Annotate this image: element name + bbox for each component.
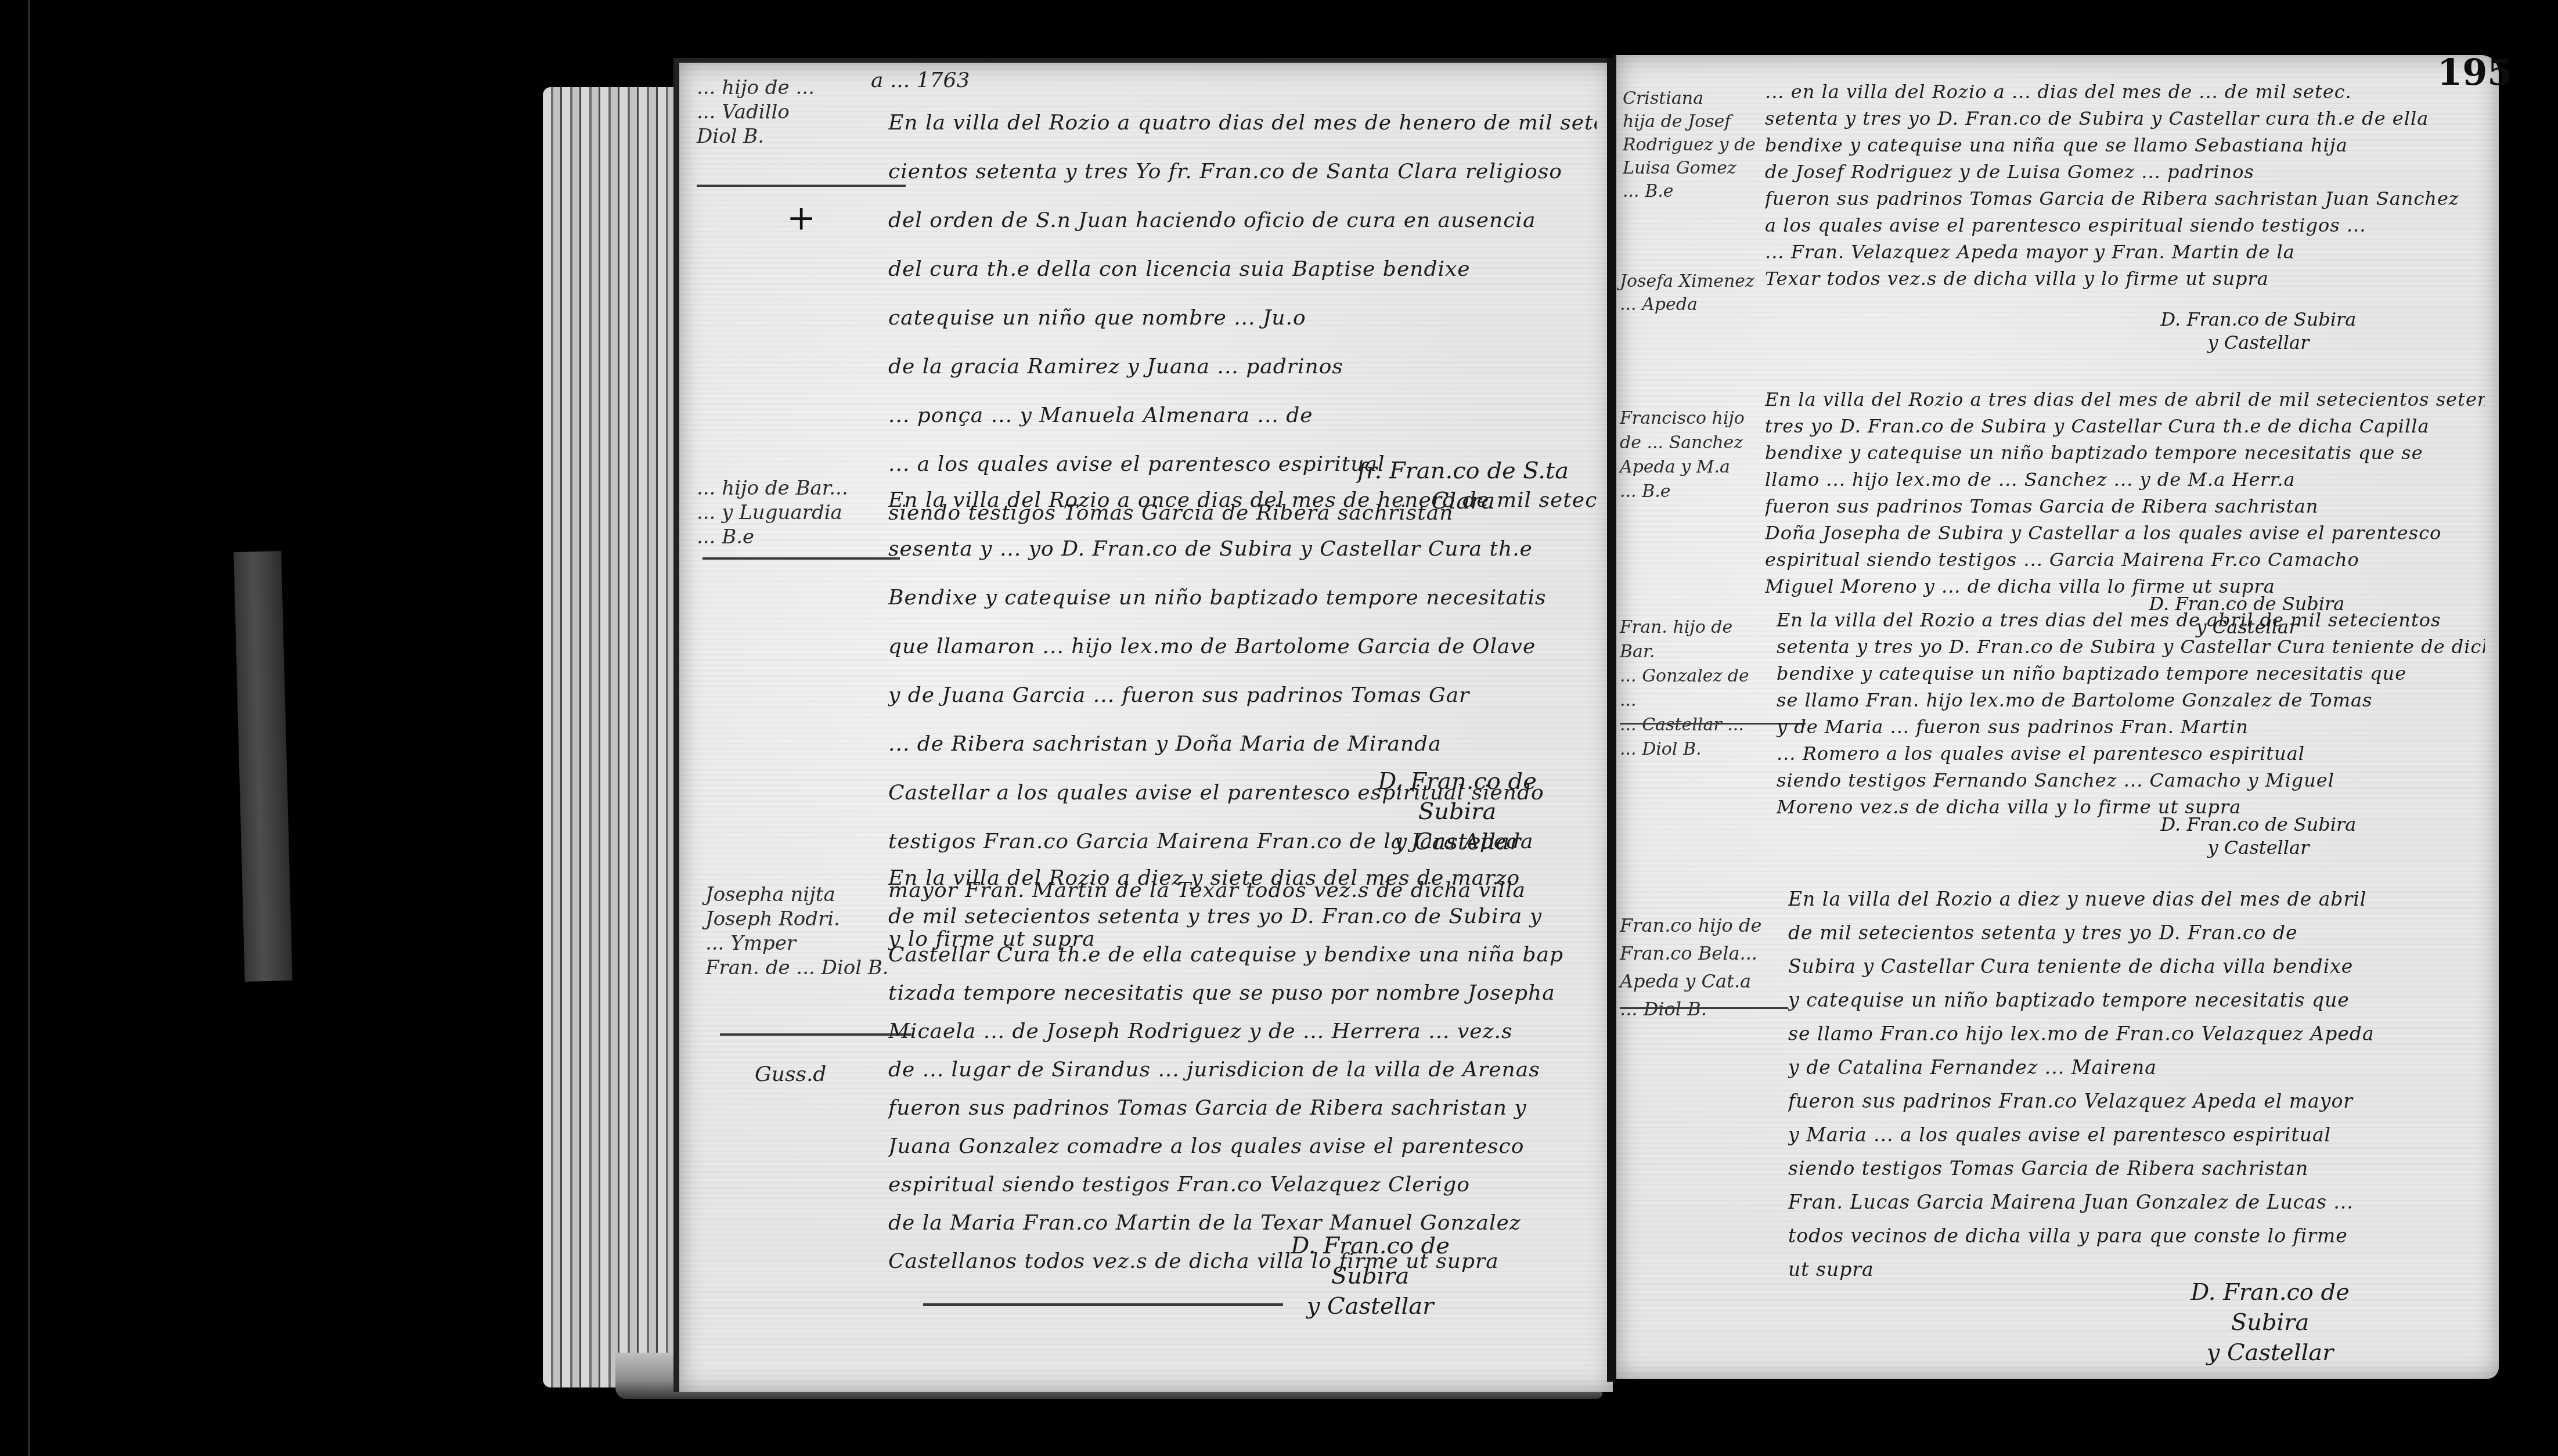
entry-line: del orden de S.n Juan haciendo oficio de… <box>888 196 1597 245</box>
baptism-entry-3: En la villa del Rozio a diez y siete dia… <box>888 859 1597 1281</box>
entry-line: En la villa del Rozio a tres dias del me… <box>1777 607 2485 633</box>
entry-line: y de Maria ... fueron sus padrinos Fran.… <box>1777 713 2485 740</box>
entry-line: Castellar Cura th.e de ella catequise y … <box>888 936 1597 974</box>
margin-note-line: Josepha nijta <box>705 882 903 907</box>
margin-note-line: ... hijo de ... <box>697 75 894 100</box>
margin-note-line: Cristiana <box>1623 87 1774 110</box>
signature-line: y Castellar <box>1248 1291 1492 1321</box>
entry-line: y Maria ... a los quales avise el parent… <box>1788 1118 2491 1152</box>
baptism-entry-r2: En la villa del Rozio a tres dias del me… <box>1765 386 2485 600</box>
entry-line: Miguel Moreno y ... de dicha villa lo fi… <box>1765 573 2485 600</box>
entry-line: setenta y tres yo D. Fran.co de Subira y… <box>1765 105 2485 132</box>
entry-line: Texar todos vez.s de dicha villa y lo fi… <box>1765 265 2485 292</box>
entry-line: En la villa del Rozio a quatro dias del … <box>888 99 1597 147</box>
entry-line: bendixe y catequise un niño baptizado te… <box>1777 660 2485 687</box>
entry-line: que llamaron ... hijo lex.mo de Bartolom… <box>888 622 1597 671</box>
entry-line: todos vecinos de dicha villa y para que … <box>1788 1219 2491 1253</box>
side-note: Guss.d <box>755 1062 826 1086</box>
margin-note-r4: Fran.co hijo de Fran.co Bela... Apeda y … <box>1620 911 1782 1023</box>
margin-note-r2: Francisco hijo de ... Sanchez Apeda y M.… <box>1620 406 1771 504</box>
entry-line: tizada tempore necesitatis que se puso p… <box>888 974 1597 1012</box>
signature-entry-3: D. Fran.co de Subira y Castellar <box>1248 1231 1492 1321</box>
margin-note-line: ... B.e <box>1620 480 1771 504</box>
entry-line: y de Juana Garcia ... fueron sus padrino… <box>888 671 1597 720</box>
signature-entry-2: D. Fran.co de Subira y Castellar <box>1335 766 1579 857</box>
entry-line: fueron sus padrinos Tomas Garcia de Ribe… <box>1765 493 2485 520</box>
margin-divider <box>720 1033 911 1036</box>
entry-line: de mil setecientos setenta y tres yo D. … <box>1788 916 2491 950</box>
entry-line: Fran. Lucas Garcia Mairena Juan Gonzalez… <box>1788 1185 2491 1219</box>
entry-line: fueron sus padrinos Tomas Garcia de Ribe… <box>1765 185 2485 212</box>
signature-line: y Castellar <box>2160 331 2357 354</box>
margin-divider <box>697 185 906 187</box>
book-page-stack-edge <box>543 87 694 1387</box>
margin-note-line: Francisco hijo <box>1620 406 1771 431</box>
entry-line: espiritual siendo testigos ... Garcia Ma… <box>1765 546 2485 573</box>
margin-note-r3: Fran. hijo de Bar. ... Gonzalez de ... .… <box>1620 615 1771 762</box>
margin-note-line: Fran.co Bela... <box>1620 939 1782 967</box>
entry-line: ut supra <box>1788 1253 2491 1286</box>
entry-line: ... de Ribera sachristan y Doña Maria de… <box>888 720 1597 769</box>
margin-note-entry-3: Josepha nijta Joseph Rodri. ... Ymper Fr… <box>705 882 903 980</box>
entry-line: fueron sus padrinos Tomas Garcia de Ribe… <box>888 1089 1597 1127</box>
margin-note-line: ... B.e <box>1623 180 1774 203</box>
closing-rule <box>923 1303 1283 1306</box>
signature-line: D. Fran.co de Subira <box>1248 1231 1492 1291</box>
entry-line: cientos setenta y tres Yo fr. Fran.co de… <box>888 147 1597 196</box>
baptism-entry-r3: En la villa del Rozio a tres dias del me… <box>1777 607 2485 820</box>
entry-line: ... en la villa del Rozio a ... dias del… <box>1765 78 2485 105</box>
entry-line: ... ponça ... y Manuela Almenara ... de <box>888 391 1597 440</box>
entry-line: sesenta y ... yo D. Fran.co de Subira y … <box>888 525 1597 574</box>
entry-line: se llamo Fran.co hijo lex.mo de Fran.co … <box>1788 1017 2491 1051</box>
entry-line: de mil setecientos setenta y tres yo D. … <box>888 898 1597 936</box>
entry-line: Juana Gonzalez comadre a los quales avis… <box>888 1127 1597 1166</box>
margin-note-line: Josefa Ximenez <box>1620 270 1771 293</box>
margin-note-entry-1: ... hijo de ... ... Vadillo Diol B. <box>697 75 894 149</box>
margin-note-line: ... hijo de Bar... <box>697 476 894 500</box>
margin-note-line: ... Diol B. <box>1620 995 1782 1023</box>
signature-line: y Castellar <box>2160 836 2357 859</box>
entry-line: En la villa del Rozio a once dias del me… <box>888 476 1597 525</box>
entry-line: fueron sus padrinos Fran.co Velazquez Ap… <box>1788 1084 2491 1118</box>
scan-edge-line <box>28 0 30 1456</box>
entry-line: bendixe y catequise una niña que se llam… <box>1765 132 2485 158</box>
margin-note-line: Diol B. <box>697 124 894 149</box>
margin-note-line: de ... Sanchez <box>1620 431 1771 455</box>
margin-note-line: ... Castellar ... <box>1620 713 1771 737</box>
signature-line: D. Fran.co de Subira <box>2160 1277 2380 1338</box>
entry-line: y de Catalina Fernandez ... Mairena <box>1788 1051 2491 1084</box>
margin-note-line: Rodriguez y de <box>1623 134 1774 157</box>
entry-line: bendixe y catequise un niño baptizado te… <box>1765 439 2485 466</box>
signature-entry-r3: D. Fran.co de Subira y Castellar <box>2160 813 2357 859</box>
entry-line: de ... lugar de Sirandus ... jurisdicion… <box>888 1051 1597 1089</box>
entry-line: a los quales avise el parentesco espirit… <box>1765 212 2485 239</box>
margin-note-line: Fran. hijo de Bar. <box>1620 615 1771 664</box>
margin-note-line: Apeda y M.a <box>1620 455 1771 480</box>
signature-line: y Castellar <box>2160 1338 2380 1368</box>
entry-line: Bendixe y catequise un niño baptizado te… <box>888 574 1597 622</box>
signature-entry-r4: D. Fran.co de Subira y Castellar <box>2160 1277 2380 1368</box>
entry-line: y catequise un niño baptizado tempore ne… <box>1788 983 2491 1017</box>
signature-line: D. Fran.co de Subira <box>2160 813 2357 836</box>
margin-divider <box>702 557 900 560</box>
entry-line: En la villa del Rozio a tres dias del me… <box>1765 386 2485 413</box>
cross-mark-icon: + <box>787 197 816 238</box>
entry-line: siendo testigos Fernando Sanchez ... Cam… <box>1777 767 2485 794</box>
margin-note-line: hija de Josef <box>1623 110 1774 134</box>
entry-line: En la villa del Rozio a diez y nueve dia… <box>1788 882 2491 916</box>
entry-line: ... Fran. Velazquez Apeda mayor y Fran. … <box>1765 239 2485 265</box>
entry-line: del cura th.e della con licencia suia Ba… <box>888 245 1597 294</box>
entry-line: espiritual siendo testigos Fran.co Velaz… <box>888 1166 1597 1204</box>
margin-note-line: Apeda y Cat.a <box>1620 967 1782 995</box>
margin-note-r1: Cristiana hija de Josef Rodriguez y de L… <box>1623 87 1774 203</box>
entry-line: llamo ... hijo lex.mo de ... Sanchez ...… <box>1765 466 2485 493</box>
margin-note-line: Joseph Rodri. <box>705 907 903 931</box>
entry-line: setenta y tres yo D. Fran.co de Subira y… <box>1777 633 2485 660</box>
entry-line: Subira y Castellar Cura teniente de dich… <box>1788 950 2491 983</box>
margin-note-line: Fran.co hijo de <box>1620 911 1782 939</box>
entry-line: de la gracia Ramirez y Juana ... padrino… <box>888 343 1597 391</box>
margin-note-line: ... Ymper <box>705 931 903 956</box>
book-gutter <box>1607 58 1613 1382</box>
signature-line: D. Fran.co de Subira <box>1335 766 1579 827</box>
entry-line: de Josef Rodriguez y de Luisa Gomez ... … <box>1765 158 2485 185</box>
entry-line: siendo testigos Tomas Garcia de Ribera s… <box>1788 1152 2491 1185</box>
entry-line: En la villa del Rozio a diez y siete dia… <box>888 859 1597 898</box>
entry-line: tres yo D. Fran.co de Subira y Castellar… <box>1765 413 2485 439</box>
entry-line: ... Romero a los quales avise el parente… <box>1777 740 2485 767</box>
margin-note-line: Luisa Gomez <box>1623 157 1774 180</box>
margin-note-line: ... Gonzalez de ... <box>1620 664 1771 713</box>
baptism-entry-r4: En la villa del Rozio a diez y nueve dia… <box>1788 882 2491 1286</box>
margin-note-line: Fran. de ... Diol B. <box>705 956 903 980</box>
entry-line: catequise un niño que nombre ... Ju.o <box>888 294 1597 343</box>
margin-divider <box>1620 1007 1788 1009</box>
margin-note-line: ... y Luguardia <box>697 500 894 525</box>
margin-note-r1b: Josefa Ximenez ... Apeda <box>1620 270 1771 316</box>
baptism-entry-r1: ... en la villa del Rozio a ... dias del… <box>1765 78 2485 292</box>
entry-line: Doña Josepha de Subira y Castellar a los… <box>1765 520 2485 546</box>
margin-note-entry-2: ... hijo de Bar... ... y Luguardia ... B… <box>697 476 894 549</box>
margin-note-line: ... Vadillo <box>697 100 894 124</box>
margin-note-line: ... Diol B. <box>1620 737 1771 762</box>
signature-line: y Castellar <box>1335 827 1579 857</box>
margin-note-line: ... B.e <box>697 525 894 549</box>
entry-line: se llamo Fran. hijo lex.mo de Bartolome … <box>1777 687 2485 713</box>
entry-line: Moreno vez.s de dicha villa y lo firme u… <box>1777 794 2485 820</box>
entry-line: Micaela ... de Joseph Rodriguez y de ...… <box>888 1012 1597 1051</box>
signature-line: D. Fran.co de Subira <box>2160 308 2357 331</box>
margin-note-line: ... Apeda <box>1620 293 1771 316</box>
scan-calibration-strip <box>233 551 292 982</box>
signature-entry-r1: D. Fran.co de Subira y Castellar <box>2160 308 2357 354</box>
